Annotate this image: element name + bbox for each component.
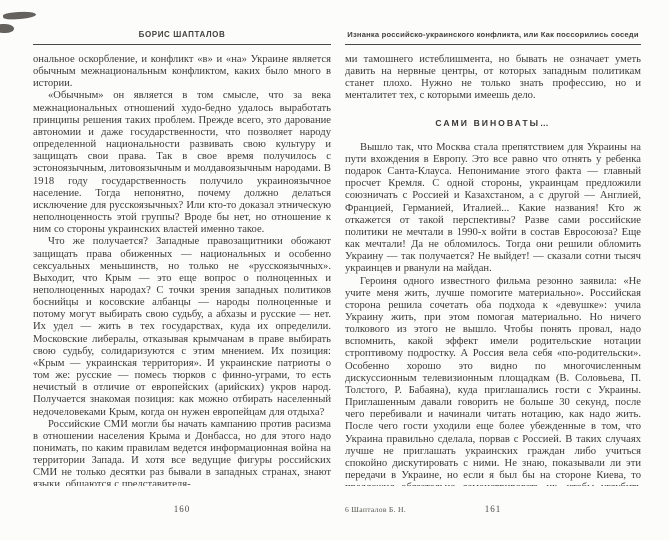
page-number-right: 161 — [345, 504, 641, 514]
page-right: Изнанка российско-украинского конфликта,… — [345, 30, 641, 518]
left-page-footer: 160 — [33, 504, 331, 518]
paragraph: Российские СМИ могли бы начать кампанию … — [33, 419, 331, 486]
running-head-right: Изнанка российско-украинского конфликта,… — [345, 30, 641, 45]
paragraph: Героиня одного известного фильма резонно… — [345, 276, 641, 487]
left-page-body: ональное оскорбление, и конфликт «в» и «… — [33, 54, 331, 486]
page-left: БОРИС ШАПТАЛОВ ональное оскорбление, и к… — [33, 30, 331, 518]
scan-artifact — [3, 11, 36, 20]
book-spread: БОРИС ШАПТАЛОВ ональное оскорбление, и к… — [0, 0, 669, 540]
running-head-right-text: Изнанка российско-украинского конфликта,… — [347, 30, 638, 39]
right-page-body: ми тамошнего истеблишмента, но бывать не… — [345, 54, 641, 486]
running-head-left-text: БОРИС ШАПТАЛОВ — [139, 30, 226, 39]
running-head-left: БОРИС ШАПТАЛОВ — [33, 30, 331, 45]
section-heading: Сами виноваты… — [345, 117, 641, 129]
paragraph: ональное оскорбление, и конфликт «в» и «… — [33, 54, 331, 90]
paragraph: ми тамошнего истеблишмента, но бывать не… — [345, 54, 641, 103]
paragraph: «Обычным» он является в том смысле, что … — [33, 90, 331, 236]
page-number-left: 160 — [33, 504, 331, 514]
paragraph: Что же получается? Западные правозащитни… — [33, 236, 331, 418]
paragraph: Вышло так, что Москва стала препятствием… — [345, 142, 641, 276]
scan-artifact — [0, 24, 14, 33]
right-page-footer: 6 Шапталов Б. Н. 161 — [345, 504, 641, 518]
